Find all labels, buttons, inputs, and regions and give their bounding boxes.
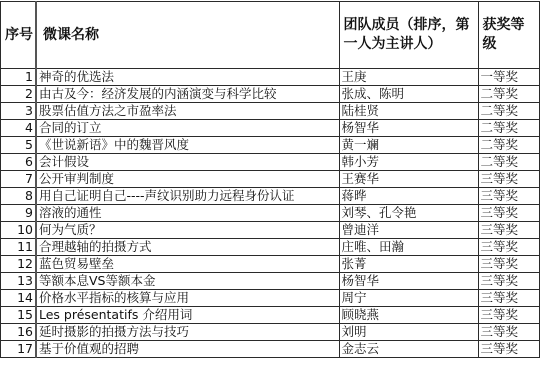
cell-members: 曾迪洋 <box>339 222 478 239</box>
cell-members: 张成、陈明 <box>339 86 478 103</box>
cell-no: 14 <box>1 290 37 307</box>
cell-no: 4 <box>1 120 37 137</box>
cell-award: 二等奖 <box>478 154 539 171</box>
cell-title: 蓝色贸易壁垒 <box>36 256 339 273</box>
cell-no: 6 <box>1 154 37 171</box>
cell-members: 黄一斓 <box>339 137 478 154</box>
cell-title: 溶液的通性 <box>36 205 339 222</box>
cell-title: 神奇的优选法 <box>36 69 339 86</box>
table-row: 7公开审判制度王赛华三等奖 <box>1 171 540 188</box>
cell-no: 5 <box>1 137 37 154</box>
cell-no: 17 <box>1 341 37 358</box>
cell-award: 三等奖 <box>478 205 539 222</box>
cell-members: 金志云 <box>339 341 478 358</box>
cell-award: 二等奖 <box>478 120 539 137</box>
table-row: 9溶液的通性刘琴、孔令艳三等奖 <box>1 205 540 222</box>
cell-award: 三等奖 <box>478 290 539 307</box>
cell-title: 合同的订立 <box>36 120 339 137</box>
cell-members: 刘琴、孔令艳 <box>339 205 478 222</box>
cell-award: 三等奖 <box>478 188 539 205</box>
cell-no: 2 <box>1 86 37 103</box>
cell-no: 16 <box>1 324 37 341</box>
cell-title: 股票估值方法之市盈率法 <box>36 103 339 120</box>
table-row: 10何为气质？曾迪洋三等奖 <box>1 222 540 239</box>
award-table: 序号 微课名称 团队成员（排序，第一人为主讲人） 获奖等级 1神奇的优选法王庚一… <box>0 1 540 358</box>
cell-title: Les présentatifs 介绍用词 <box>36 307 339 324</box>
table-row: 11合理越轴的拍摄方式庄唯、田瀚三等奖 <box>1 239 540 256</box>
table-row: 4合同的订立杨智华二等奖 <box>1 120 540 137</box>
cell-award: 三等奖 <box>478 239 539 256</box>
table-row: 15Les présentatifs 介绍用词顾晓燕三等奖 <box>1 307 540 324</box>
cell-members: 张菁 <box>339 256 478 273</box>
award-table-sheet: 序号 微课名称 团队成员（排序，第一人为主讲人） 获奖等级 1神奇的优选法王庚一… <box>0 0 542 372</box>
table-row: 12蓝色贸易壁垒张菁三等奖 <box>1 256 540 273</box>
cell-members: 刘明 <box>339 324 478 341</box>
cell-award: 三等奖 <box>478 341 539 358</box>
cell-no: 9 <box>1 205 37 222</box>
cell-title: 价格水平指标的核算与应用 <box>36 290 339 307</box>
cell-no: 10 <box>1 222 37 239</box>
header-award: 获奖等级 <box>478 2 539 69</box>
cell-members: 周宁 <box>339 290 478 307</box>
cell-award: 三等奖 <box>478 307 539 324</box>
cell-title: 《世说新语》中的魏晋风度 <box>36 137 339 154</box>
cell-title: 由古及今：经济发展的内涵演变与科学比较 <box>36 86 339 103</box>
cell-no: 8 <box>1 188 37 205</box>
cell-award: 二等奖 <box>478 137 539 154</box>
header-title: 微课名称 <box>36 2 339 69</box>
cell-title: 用自己证明自己----声纹识别助力远程身份认证 <box>36 188 339 205</box>
table-row: 5《世说新语》中的魏晋风度黄一斓二等奖 <box>1 137 540 154</box>
cell-members: 王庚 <box>339 69 478 86</box>
table-row: 14价格水平指标的核算与应用周宁三等奖 <box>1 290 540 307</box>
cell-members: 蒋晔 <box>339 188 478 205</box>
cell-members: 杨智华 <box>339 273 478 290</box>
header-members: 团队成员（排序，第一人为主讲人） <box>339 2 478 69</box>
cell-no: 12 <box>1 256 37 273</box>
cell-members: 庄唯、田瀚 <box>339 239 478 256</box>
cell-award: 二等奖 <box>478 103 539 120</box>
cell-members: 杨智华 <box>339 120 478 137</box>
cell-award: 二等奖 <box>478 86 539 103</box>
cell-no: 11 <box>1 239 37 256</box>
cell-members: 顾晓燕 <box>339 307 478 324</box>
table-row: 1神奇的优选法王庚一等奖 <box>1 69 540 86</box>
table-row: 8用自己证明自己----声纹识别助力远程身份认证蒋晔三等奖 <box>1 188 540 205</box>
table-row: 13等额本息VS等额本金杨智华三等奖 <box>1 273 540 290</box>
cell-title: 基于价值观的招聘 <box>36 341 339 358</box>
table-row: 16延时摄影的拍摄方法与技巧刘明三等奖 <box>1 324 540 341</box>
cell-award: 三等奖 <box>478 256 539 273</box>
table-row: 17基于价值观的招聘金志云三等奖 <box>1 341 540 358</box>
cell-no: 15 <box>1 307 37 324</box>
cell-award: 三等奖 <box>478 273 539 290</box>
cell-award: 三等奖 <box>478 222 539 239</box>
cell-no: 13 <box>1 273 37 290</box>
table-row: 2由古及今：经济发展的内涵演变与科学比较张成、陈明二等奖 <box>1 86 540 103</box>
cell-award: 一等奖 <box>478 69 539 86</box>
cell-title: 公开审判制度 <box>36 171 339 188</box>
header-no: 序号 <box>1 2 37 69</box>
cell-members: 陆桂贤 <box>339 103 478 120</box>
table-row: 6会计假设韩小芳二等奖 <box>1 154 540 171</box>
cell-no: 7 <box>1 171 37 188</box>
cell-members: 韩小芳 <box>339 154 478 171</box>
cell-no: 1 <box>1 69 37 86</box>
cell-award: 三等奖 <box>478 324 539 341</box>
cell-members: 王赛华 <box>339 171 478 188</box>
cell-title: 何为气质？ <box>36 222 339 239</box>
header-row: 序号 微课名称 团队成员（排序，第一人为主讲人） 获奖等级 <box>1 2 540 69</box>
cell-title: 延时摄影的拍摄方法与技巧 <box>36 324 339 341</box>
cell-no: 3 <box>1 103 37 120</box>
cell-title: 等额本息VS等额本金 <box>36 273 339 290</box>
table-row: 3股票估值方法之市盈率法陆桂贤二等奖 <box>1 103 540 120</box>
cell-title: 会计假设 <box>36 154 339 171</box>
cell-award: 三等奖 <box>478 171 539 188</box>
cell-title: 合理越轴的拍摄方式 <box>36 239 339 256</box>
